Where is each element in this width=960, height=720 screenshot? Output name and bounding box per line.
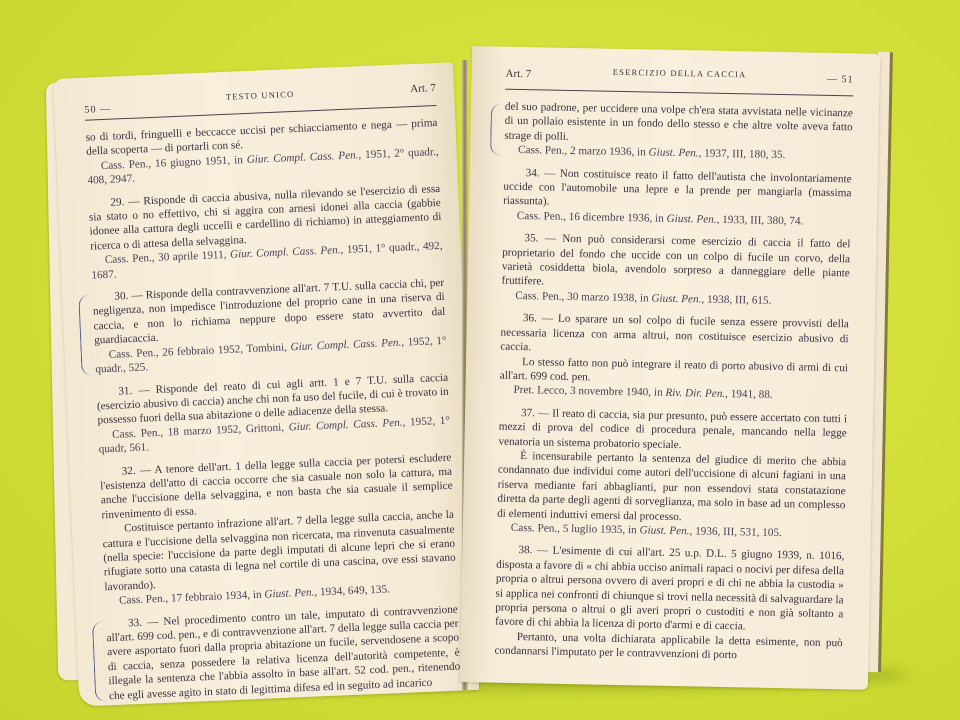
entries: del suo padrone, per uccidere una volpe … [494, 100, 853, 665]
page-number: — 51 [827, 73, 854, 88]
left-page: 50 — TESTO UNICO Art. 7 so di tordi, fri… [53, 62, 479, 706]
pen-bracket-annotation [78, 295, 92, 376]
article-label: Art. 7 [410, 81, 436, 96]
continued-entry: so di tordi, fringuelli e beccacce uccis… [85, 116, 439, 188]
entry-paragraph: 33. — Nel procedimento contro un tale, i… [106, 602, 461, 703]
maxim-entry: 29. — Risponde di caccia abusiva, nulla … [88, 182, 443, 283]
entry-paragraph: 34. — Non costituisce reato il fatto del… [503, 165, 852, 215]
maxim-entry: 38. — L'esimente di cui all'art. 25 u.p.… [494, 543, 844, 665]
running-head: Art. 7 ESERCIZIO DELLA CACCIA — 51 [505, 65, 853, 97]
maxim-entry: 33. — Nel procedimento contro un tale, i… [106, 602, 461, 703]
continued-entry: del suo padrone, per uccidere una volpe … [504, 100, 853, 164]
maxim-entry: 32. — A tenore dell'art. 1 della legge s… [99, 450, 457, 609]
maxim-entry: 34. — Non costituisce reato il fatto del… [503, 165, 852, 229]
left-page-content: 50 — TESTO UNICO Art. 7 so di tordi, fri… [84, 81, 461, 711]
entry-paragraph: Pertanto, una volta dichiarata applicabi… [494, 629, 842, 664]
running-head: 50 — TESTO UNICO Art. 7 [84, 81, 437, 121]
running-title: TESTO UNICO [84, 81, 436, 110]
entry-paragraph: 37. — Il reato di caccia, sia pur presun… [498, 405, 847, 455]
maxim-entry: 36. — Lo sparare un sol colpo di fucile … [499, 311, 849, 404]
maxim-entry: 37. — Il reato di caccia, sia pur presun… [497, 405, 847, 541]
entry-paragraph: del suo padrone, per uccidere una volpe … [504, 100, 853, 150]
entries: so di tordi, fringuelli e beccacce uccis… [85, 116, 461, 703]
pen-bracket-annotation [490, 103, 502, 155]
right-page: Art. 7 ESERCIZIO DELLA CACCIA — 51 del s… [460, 46, 880, 690]
open-book: 50 — TESTO UNICO Art. 7 so di tordi, fri… [0, 0, 960, 720]
maxim-entry: 35. — Non può considerarsi come esercizi… [501, 231, 850, 310]
maxim-entry: 31. — Risponde del reato di cui agli art… [96, 370, 451, 457]
entry-paragraph: È incensurabile pertanto la sentenza del… [497, 449, 846, 528]
running-title: ESERCIZIO DELLA CACCIA [506, 63, 854, 84]
pen-bracket-annotation [92, 621, 106, 702]
maxim-entry: 30. — Risponde della contravvenzione all… [92, 276, 447, 377]
entry-paragraph: 35. — Non può considerarsi come esercizi… [501, 231, 850, 295]
entry-paragraph: 36. — Lo sparare un sol colpo di fucile … [500, 311, 849, 361]
right-page-content: Art. 7 ESERCIZIO DELLA CACCIA — 51 del s… [494, 65, 853, 673]
entry-paragraph: 38. — L'esimente di cui all'art. 25 u.p.… [495, 543, 845, 636]
